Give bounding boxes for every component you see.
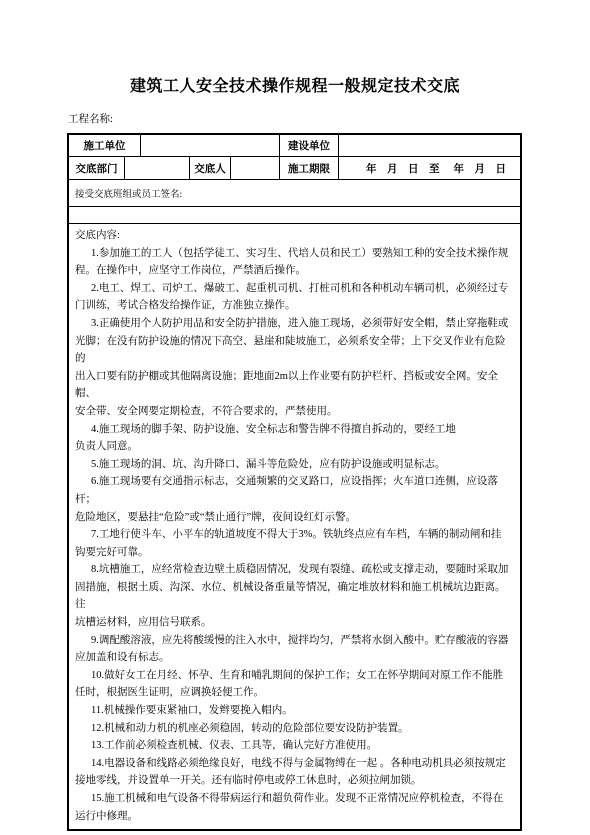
content-item: 5.施工现场的洞、坑、沟升降口、漏斗等危险处，应有防护设施或明显标志。	[75, 456, 514, 474]
content-item: 4.施工现场的脚手架、防护设施、安全标志和警告牌不得擅自拆动的，要经工地 负责人…	[75, 421, 514, 456]
content-item: 9.调配酸溶液，应先将酸缓慢的注入水中，搅拌均匀，严禁将水倒入酸中。贮存酸液的容…	[75, 632, 514, 667]
table-row: 接受交底班组或员工签名:	[69, 180, 520, 207]
content-item: 14.电器设备和线路必须绝缘良好，电线不得与金属物缚在一起 。各种电动机具必须按…	[75, 755, 514, 790]
signature-label: 接受交底班组或员工签名:	[69, 180, 520, 206]
construction-unit-field[interactable]	[141, 135, 280, 156]
content-item: 3.正确使用个人防护用品和安全防护措施，进入施工现场，必须带好安全帽，禁止穿拖鞋…	[75, 315, 514, 421]
table-row: 交底部门 交底人 施工期限 年 月 日 至 年 月 日	[69, 157, 520, 180]
disclosure-dept-field[interactable]	[125, 157, 190, 179]
period-from-text: 年 月 日 至	[366, 161, 440, 176]
table-row: 交底内容: 1.参加施工的工人（包括学徒工、实习生、代培人员和民工）要熟知工种的…	[69, 224, 520, 829]
content-item: 2.电工、焊工、司炉工、爆破工、起重机司机、打桩司机和各种机动车辆司机，必须经过…	[75, 280, 514, 315]
content-item: 7.工地行使斗车、小平车的轨道坡度不得大于3%。铁轨终点应有车档，车辆的制动闸和…	[75, 526, 514, 561]
disclosure-dept-label: 交底部门	[69, 157, 125, 179]
content-item: 13.工作前必须检查机械、仪表、工具等，确认完好方准使用。	[75, 737, 514, 755]
form-table: 施工单位 建设单位 交底部门 交底人 施工期限 年 月 日 至 年 月 日 接受…	[67, 133, 522, 831]
content-item: 8.坑槽施工，应经常检查边壁土质稳固情况，发现有裂缝、疏松或支撑走动，要随时采取…	[75, 561, 514, 631]
content-item: 1.参加施工的工人（包括学徒工、实习生、代培人员和民工）要熟知工种的安全技术操作…	[75, 245, 514, 280]
signature-blank-area[interactable]	[69, 207, 520, 223]
content-item: 6.施工现场要有交通指示标志，交通频繁的交叉路口，应设指挥；火车道口连侧，应设落…	[75, 473, 514, 526]
page-title: 建筑工人安全技术操作规程一般规定技术交底	[0, 0, 590, 96]
building-unit-field[interactable]	[339, 135, 520, 156]
content-item: 12.机械和动力机的机座必须稳固，转动的危险部位要安设防护装置。	[75, 720, 514, 738]
disclosure-content-cell: 交底内容: 1.参加施工的工人（包括学徒工、实习生、代培人员和民工）要熟知工种的…	[69, 224, 520, 829]
construction-period-field[interactable]: 年 月 日 至 年 月 日	[339, 157, 520, 179]
discloser-field[interactable]	[231, 157, 280, 179]
table-row: 施工单位 建设单位	[69, 135, 520, 157]
content-heading: 交底内容:	[75, 227, 514, 245]
content-item: 10.做好女工在月经、怀孕、生育和哺乳期间的保护工作；女工在怀孕期间对原工作不能…	[75, 667, 514, 702]
document-page: 建筑工人安全技术操作规程一般规定技术交底 工程名称: 施工单位 建设单位 交底部…	[0, 0, 590, 835]
table-row	[69, 207, 520, 224]
construction-unit-label: 施工单位	[69, 135, 141, 156]
period-to-text: 年 月 日	[454, 161, 507, 176]
construction-period-label: 施工期限	[280, 157, 339, 179]
content-item: 11.机械操作要束紧袖口，发辫要挽入帽内。	[75, 702, 514, 720]
content-item: 15.施工机械和电气设备不得带病运行和超负荷作业。发现不正常情况应停机检查，不得…	[75, 790, 514, 825]
discloser-label: 交底人	[190, 157, 231, 179]
project-name-label: 工程名称:	[68, 113, 590, 126]
building-unit-label: 建设单位	[280, 135, 339, 156]
